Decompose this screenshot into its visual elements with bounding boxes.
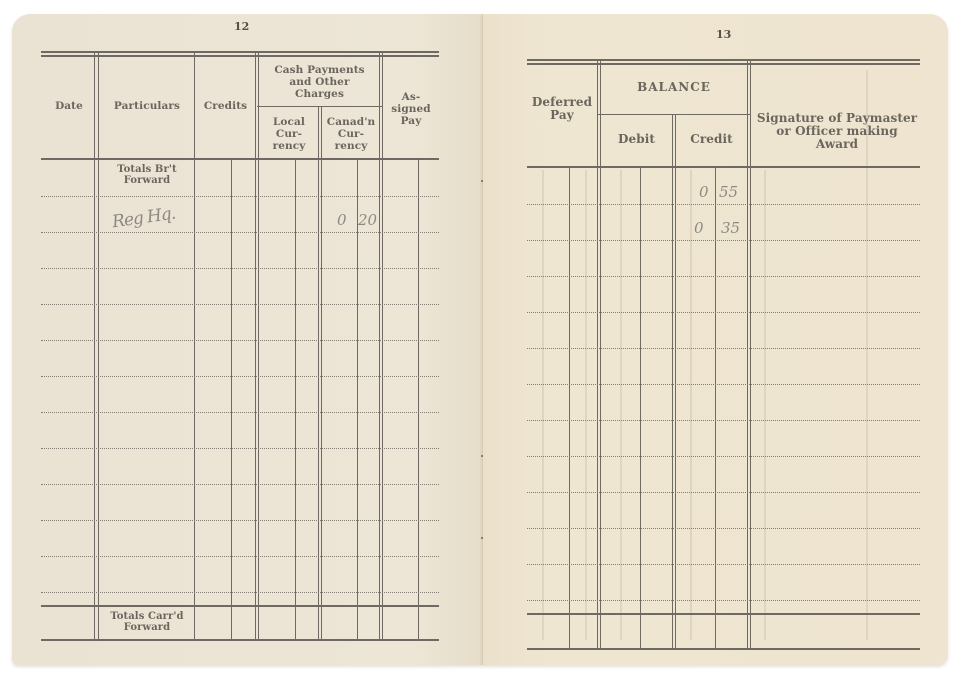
col-rule-credits-cents (231, 158, 232, 640)
header-deferred-line-2: Pay (527, 109, 597, 122)
col-rule-canad-cents (357, 158, 358, 640)
row-line (41, 304, 439, 305)
row-line (41, 376, 439, 377)
row-line (527, 240, 920, 241)
row-line (41, 520, 439, 521)
header-cash-payments: Cash Payments and Other Charges (260, 64, 379, 100)
handwritten-credit-dollars-2: 0 (694, 219, 704, 237)
header-canad-line-1: Canad'n (322, 116, 380, 128)
right-header-bottom-rule (527, 166, 920, 168)
header-cash-line-3: Charges (260, 88, 379, 100)
row-line (527, 312, 920, 313)
header-assigned-line-2: signed (383, 103, 439, 115)
col-rule-debit-a (672, 114, 673, 649)
left-cash-subdivider (257, 106, 382, 107)
row-line (41, 196, 439, 197)
row-line (41, 448, 439, 449)
row-line (527, 492, 920, 493)
binding-staple-mark (481, 537, 483, 539)
header-canad-line-3: rency (322, 140, 380, 152)
col-rule-date-b (98, 51, 99, 640)
right-bottom-rule (527, 648, 920, 650)
row-line (527, 528, 920, 529)
show-through-line (866, 70, 868, 640)
handwritten-canadn-cents: 20 (358, 211, 377, 229)
row-line (41, 484, 439, 485)
col-rule-date-a (94, 51, 95, 640)
handwritten-credit-cents-2: 35 (721, 219, 740, 237)
header-local-line-2: Cur- (260, 128, 318, 140)
row-line (527, 600, 920, 601)
header-cash-line-2: and Other (260, 76, 379, 88)
col-rule-local-a (318, 106, 319, 640)
col-rule-particulars (194, 51, 195, 640)
col-rule-credits-a (255, 51, 256, 640)
col-rule-local-cents (295, 158, 296, 640)
header-credit: Credit (676, 133, 747, 146)
col-rule-debit-b (675, 114, 676, 649)
row-line (41, 556, 439, 557)
row-line (527, 348, 920, 349)
row-line (527, 420, 920, 421)
page-number-right: 13 (716, 28, 731, 41)
totals-brought-line-2: Forward (100, 175, 194, 186)
header-assigned-line-3: Pay (383, 115, 439, 127)
totals-carried-forward: Totals Carr'd Forward (100, 611, 194, 633)
totals-brought-forward: Totals Br't Forward (100, 164, 194, 186)
header-deferred-pay: Deferred Pay (527, 96, 597, 122)
header-cash-line-1: Cash Payments (260, 64, 379, 76)
header-canadn-currency: Canad'n Cur- rency (322, 116, 380, 152)
header-credits: Credits (196, 100, 255, 112)
row-line (527, 204, 920, 205)
header-local-currency: Local Cur- rency (260, 116, 318, 152)
totals-brought-line-1: Totals Br't (100, 164, 194, 175)
row-line (527, 456, 920, 457)
totals-carried-line-2: Forward (100, 622, 194, 633)
header-assigned-pay: As- signed Pay (383, 91, 439, 127)
handwritten-credit-dollars-1: 0 (699, 183, 709, 201)
col-rule-assigned-cents (418, 158, 419, 640)
row-line (527, 384, 920, 385)
binding-staple-mark (481, 455, 483, 457)
right-balance-subdivider (598, 114, 750, 115)
handwritten-credit-cents-1: 55 (719, 183, 738, 201)
header-debit: Debit (601, 133, 672, 146)
header-balance: BALANCE (601, 81, 747, 94)
col-rule-credit-cents (715, 166, 716, 649)
row-line (41, 592, 439, 593)
col-rule-deferred-cents (569, 166, 570, 649)
header-assigned-line-1: As- (383, 91, 439, 103)
header-signature: Signature of Paymaster or Officer making… (752, 112, 922, 151)
right-top-rule-2 (527, 63, 920, 65)
header-local-line-3: rency (260, 140, 318, 152)
col-rule-local-b (321, 106, 322, 640)
page-number-left: 12 (234, 20, 249, 33)
binding-staple-mark (481, 180, 483, 182)
col-rule-deferred-b (600, 59, 601, 649)
row-line (41, 412, 439, 413)
header-particulars: Particulars (100, 100, 194, 112)
row-line (41, 232, 439, 233)
row-line (527, 276, 920, 277)
col-rule-balance-a (747, 59, 748, 649)
binding-gutter (482, 14, 483, 665)
header-local-line-1: Local (260, 116, 318, 128)
header-date: Date (44, 100, 94, 112)
col-rule-cash-b (382, 51, 383, 640)
header-signature-line-3: Award (752, 138, 922, 151)
row-line (527, 564, 920, 565)
row-line (41, 340, 439, 341)
handwritten-canadn-dollars: 0 (337, 211, 347, 229)
header-canad-line-2: Cur- (322, 128, 380, 140)
row-line (41, 268, 439, 269)
col-rule-deferred-a (597, 59, 598, 649)
right-top-rule (527, 59, 920, 61)
col-rule-debit-cents (640, 166, 641, 649)
right-totals-rule (527, 613, 920, 615)
totals-carried-line-1: Totals Carr'd (100, 611, 194, 622)
